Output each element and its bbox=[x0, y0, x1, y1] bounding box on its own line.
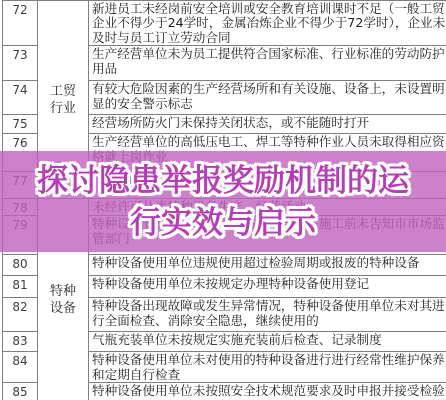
overlay-title: 探讨隐患举报奖励机制的运 行实效与启示 bbox=[0, 160, 446, 244]
description-cell: 特种设备使用单位未按规定办理特种设备使用登记 bbox=[89, 276, 446, 298]
overlay-title-line1: 探讨隐患举报奖励机制的运 bbox=[0, 160, 446, 202]
document-page: 72 工贸行业 新进员工未经岗前安全培训或安全教育培训课时不足（一般工贸企业不得… bbox=[0, 0, 446, 400]
description-cell: 气瓶充装单位未按规定实施充装前后检查、记录制度 bbox=[89, 332, 446, 352]
description-cell: 特种设备使用单位违规使用超过检验周期或报废的特种设备 bbox=[89, 255, 446, 276]
category-label: 特种设备 bbox=[49, 283, 77, 317]
row-number-cell: 83 bbox=[3, 332, 38, 352]
category-label: 工贸行业 bbox=[49, 83, 77, 117]
description-cell: 生产经营单位未为员工提供符合国家标准、行业标准的劳动防护用品 bbox=[89, 46, 446, 81]
overlay-title-line2: 行实效与启示 bbox=[0, 202, 446, 244]
row-number-cell: 80 bbox=[3, 255, 38, 276]
description-cell: 有较大危险因素的生产经营场所和有关设施、设备上，未设置明显的安全警示标志 bbox=[89, 81, 446, 115]
description-cell: 经营场所防火门未保持关闭状态，或不能随时打开 bbox=[89, 115, 446, 134]
row-number-cell: 73 bbox=[3, 46, 38, 81]
row-number-cell: 75 bbox=[3, 115, 38, 134]
row-number-cell: 74 bbox=[3, 81, 38, 115]
description-cell: 特种设备出现故障或发生异常情况，特种设备使用单位未对其进行全面检查、消除安全隐患… bbox=[89, 298, 446, 332]
row-number-cell: 85 bbox=[3, 383, 38, 400]
description-cell: 新进员工未经岗前安全培训或安全教育培训课时不足（一般工贸企业不得少于24学时，金… bbox=[89, 1, 446, 46]
description-cell: 特种设备使用单位未对使用的特种设备进行进行经常性维护保养和定期自行检查 bbox=[89, 352, 446, 383]
row-number-cell: 82 bbox=[3, 298, 38, 332]
row-number-cell: 81 bbox=[3, 276, 38, 298]
description-cell: 特种设备使用单位未按照安全技术规范要求及时申报并接受检验 bbox=[89, 383, 446, 400]
row-number-cell: 84 bbox=[3, 352, 38, 383]
table-row: 72 工贸行业 新进员工未经岗前安全培训或安全教育培训课时不足（一般工贸企业不得… bbox=[3, 1, 446, 46]
row-number-cell: 72 bbox=[3, 1, 38, 46]
